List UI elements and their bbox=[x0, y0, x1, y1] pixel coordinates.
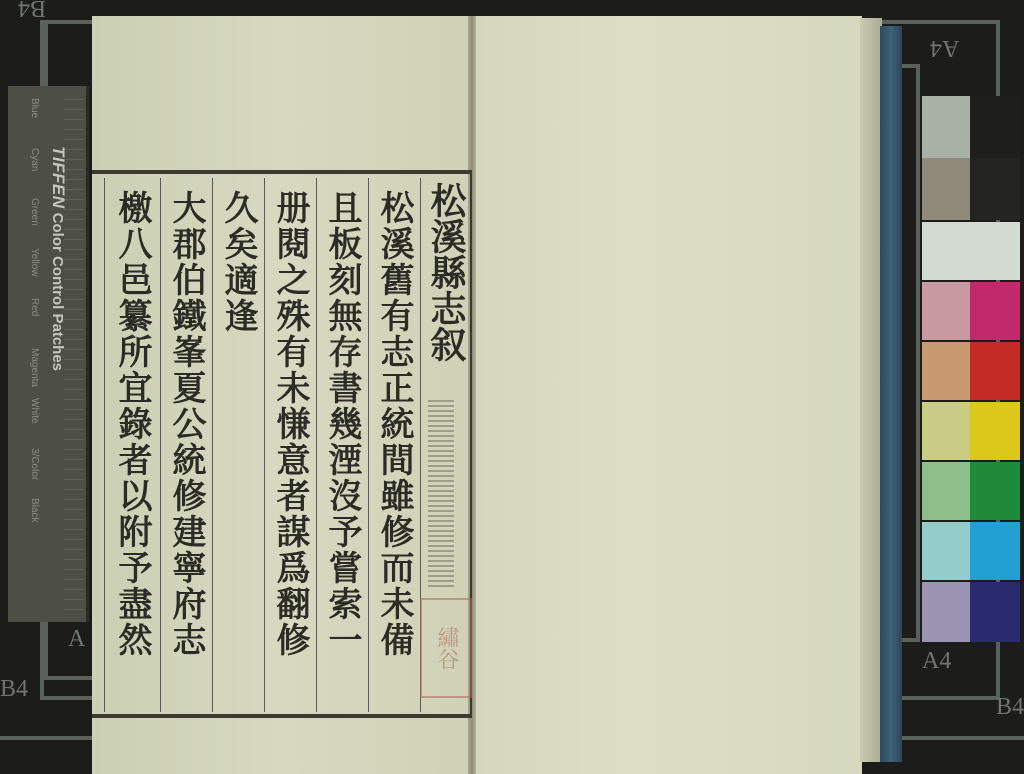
column-text: 册閱之殊有未慊意者謀爲翻修 bbox=[270, 178, 310, 658]
patch-lavender bbox=[922, 582, 970, 642]
right-page bbox=[476, 16, 862, 774]
column-text: 大郡伯鐵峯夏公統修建寧府志 bbox=[166, 178, 206, 658]
blue-cover-edge bbox=[880, 26, 902, 762]
patch-black-top bbox=[970, 96, 1020, 158]
patch-black-mid bbox=[970, 158, 1020, 220]
text-column-2: 且板刻無存書幾湮沒予嘗索一 bbox=[316, 178, 367, 712]
tiffen-color-card: Blue Cyan Green Yellow Red Magenta White… bbox=[8, 86, 89, 622]
patch-cyan bbox=[970, 522, 1020, 580]
column-text: 久矣適逢 bbox=[218, 178, 258, 334]
patch-navy bbox=[970, 582, 1020, 642]
patch-peach bbox=[922, 342, 970, 400]
color-name: Cyan bbox=[24, 148, 40, 198]
label-bottom-left: B4 bbox=[0, 676, 28, 703]
color-name: Magenta bbox=[24, 348, 40, 398]
patch-pale-green bbox=[922, 462, 970, 520]
patch-yellow bbox=[970, 402, 1020, 460]
patch-mid-gray bbox=[922, 158, 970, 220]
patch-pink bbox=[922, 282, 970, 340]
patch-green bbox=[970, 462, 1020, 520]
column-text: 松溪舊有志正統間雖修而未備 bbox=[374, 178, 414, 658]
color-name: White bbox=[24, 398, 40, 448]
color-patch-strip bbox=[922, 96, 1020, 650]
color-name: Black bbox=[24, 498, 40, 548]
label-bottom-right-a: A4 bbox=[922, 648, 951, 675]
color-name: Red bbox=[24, 298, 40, 348]
label-bottom-right-b: B4 bbox=[996, 694, 1024, 721]
color-name: 3/Color bbox=[24, 448, 40, 498]
text-column-5: 大郡伯鐵峯夏公統修建寧府志 bbox=[160, 178, 211, 712]
column-text: 檄八邑纂所宜錄者以附予盡然 bbox=[112, 178, 152, 658]
patch-pale-cyan bbox=[922, 522, 970, 580]
text-column-4: 久矣適逢 bbox=[212, 178, 263, 712]
card-brand: TIFFEN bbox=[49, 146, 68, 209]
patch-white bbox=[922, 222, 1020, 280]
label-top-left: B4 bbox=[18, 0, 46, 21]
patch-magenta bbox=[970, 282, 1020, 340]
patch-light-gray bbox=[922, 96, 970, 158]
card-color-names: Blue Cyan Green Yellow Red Magenta White… bbox=[24, 98, 40, 618]
card-label: TIFFEN Color Control Patches bbox=[44, 146, 68, 666]
card-title: Color Control Patches bbox=[49, 213, 66, 371]
page-title: 松溪縣志叙 bbox=[423, 178, 469, 362]
text-column-6: 檄八邑纂所宜錄者以附予盡然 bbox=[104, 178, 159, 712]
red-seal-stamp: 繡谷 bbox=[420, 598, 472, 698]
color-name: Blue bbox=[24, 98, 40, 148]
color-name: Green bbox=[24, 198, 40, 248]
text-column-3: 册閱之殊有未慊意者謀爲翻修 bbox=[264, 178, 315, 712]
patch-pale-yellow bbox=[922, 402, 970, 460]
label-top-right: A4 bbox=[930, 34, 959, 61]
column-text: 且板刻無存書幾湮沒予嘗索一 bbox=[322, 178, 362, 658]
color-name: Yellow bbox=[24, 248, 40, 298]
label-left-mid: A bbox=[68, 626, 85, 653]
patch-red bbox=[970, 342, 1020, 400]
text-column-1: 松溪舊有志正統間雖修而未備 bbox=[368, 178, 419, 712]
page-stack-edge bbox=[860, 18, 882, 762]
